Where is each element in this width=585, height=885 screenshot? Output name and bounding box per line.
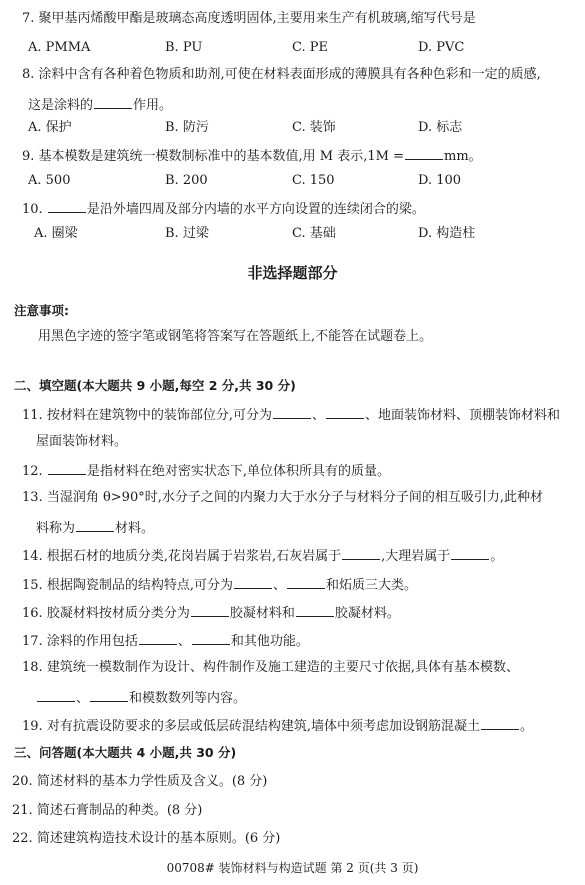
question-14: 14. 根据石材的地质分类,花岗岩属于岩浆岩,石灰岩属于,大理岩属于。 <box>22 547 503 565</box>
question-text: 料称为 <box>36 521 75 536</box>
question-number: 10. <box>22 202 43 217</box>
question-8: 8. 涂料中含有各种着色物质和助剂,可使在材料表面形成的薄膜具有各种色彩和一定的… <box>22 67 541 83</box>
question-number: 12. <box>22 464 43 479</box>
option-d: D. PVC <box>418 40 464 56</box>
question-18: 18. 建筑统一模数制作为设计、构件制作及施工建造的主要尺寸依据,具体有基本模数… <box>22 660 519 676</box>
option-c: C. 150 <box>292 173 335 189</box>
answer-blank <box>192 632 230 645</box>
option-a: A. 保护 <box>28 120 72 136</box>
question-number: 22. <box>12 831 33 846</box>
question-number: 20. <box>12 774 33 789</box>
answer-blank <box>139 632 177 645</box>
answer-blank <box>94 96 132 109</box>
notice-label: 注意事项: <box>14 303 69 319</box>
question-text: 、 <box>76 691 89 706</box>
notice-text: 用黑色字迹的签字笔或钢笔将答案写在答题纸上,不能答在试题卷上。 <box>38 329 432 345</box>
question-number: 19. <box>22 719 43 734</box>
question-number: 14. <box>22 549 43 564</box>
question-text: ,大理岩属于 <box>381 549 450 564</box>
answer-blank <box>48 462 86 475</box>
option-d: D. 标志 <box>418 120 462 136</box>
option-a: A. 500 <box>28 173 70 189</box>
question-text: 当湿润角 θ>90°时,水分子之间的内聚力大于水分子与材料分子间的相互吸引力,此… <box>47 490 543 505</box>
question-number: 7. <box>22 11 34 26</box>
question-text: 是沿外墙四周及部分内墙的水平方向设置的连续闭合的梁。 <box>87 202 425 217</box>
question-text: 、 <box>178 634 191 649</box>
question-text: 、地面装饰材料、顶棚装饰材料和 <box>365 408 560 423</box>
option-d: D. 100 <box>418 173 461 189</box>
option-c: C. PE <box>292 40 328 56</box>
answer-blank <box>451 547 489 560</box>
fill-section-title: 二、填空题(本大题共 9 小题,每空 2 分,共 30 分) <box>14 378 296 394</box>
question-number: 18. <box>22 660 43 675</box>
option-b: B. 过梁 <box>165 226 209 242</box>
question-text: 简述材料的基本力学性质及含义。(8 分) <box>37 774 268 789</box>
question-text: 按材料在建筑物中的装饰部位分,可分为 <box>47 408 272 423</box>
question-22: 22. 简述建筑构造技术设计的基本原则。(6 分) <box>12 831 280 847</box>
question-number: 15. <box>22 578 43 593</box>
question-21: 21. 简述石膏制品的种类。(8 分) <box>12 803 202 819</box>
answer-blank <box>405 147 443 160</box>
answer-blank <box>76 519 114 532</box>
question-19: 19. 对有抗震设防要求的多层或低层砖混结构建筑,墙体中须考虑加设钢筋混凝土。 <box>22 717 533 735</box>
question-text: 胶凝材料按材质分类分为 <box>47 606 190 621</box>
question-text: 和炻质三大类。 <box>326 578 417 593</box>
question-number: 13. <box>22 490 43 505</box>
section-title: 非选择题部分 <box>0 262 585 283</box>
answer-blank <box>234 576 272 589</box>
question-text: 胶凝材料和 <box>230 606 295 621</box>
question-text: mm。 <box>444 149 482 164</box>
question-text: 、 <box>273 578 286 593</box>
question-text: 这是涂料的 <box>28 98 93 113</box>
question-13-continued: 料称为材料。 <box>36 519 154 537</box>
question-12: 12. 是指材料在绝对密实状态下,单位体积所具有的质量。 <box>22 462 390 480</box>
qa-section-title: 三、问答题(本大题共 4 小题,共 30 分) <box>14 745 236 761</box>
question-15: 15. 根据陶瓷制品的结构特点,可分为、和炻质三大类。 <box>22 576 417 594</box>
page-footer: 00708# 装饰材料与构造试题 第 2 页(共 3 页) <box>0 859 585 876</box>
question-text: 和其他功能。 <box>231 634 309 649</box>
answer-blank <box>326 406 364 419</box>
answer-blank <box>342 547 380 560</box>
question-text: 和模数数列等内容。 <box>129 691 246 706</box>
question-11: 11. 按材料在建筑物中的装饰部位分,可分为、、地面装饰材料、顶棚装饰材料和 <box>22 406 560 424</box>
question-text: 、 <box>312 408 325 423</box>
option-b: B. 200 <box>165 173 208 189</box>
question-18-continued: 、和模数数列等内容。 <box>36 689 246 707</box>
option-b: B. 防污 <box>165 120 209 136</box>
question-number: 8. <box>22 67 34 82</box>
question-13: 13. 当湿润角 θ>90°时,水分子之间的内聚力大于水分子与材料分子间的相互吸… <box>22 490 543 506</box>
answer-blank <box>273 406 311 419</box>
question-text: 根据石材的地质分类,花岗岩属于岩浆岩,石灰岩属于 <box>47 549 341 564</box>
question-text: 基本模数是建筑统一模数制标准中的基本数值,用 M 表示,1M = <box>39 149 404 164</box>
question-8-continued: 这是涂料的作用。 <box>28 96 172 114</box>
question-number: 21. <box>12 803 33 818</box>
question-text: 根据陶瓷制品的结构特点,可分为 <box>47 578 233 593</box>
question-text: 涂料中含有各种着色物质和助剂,可使在材料表面形成的薄膜具有各种色彩和一定的质感, <box>39 67 541 82</box>
option-a: A. PMMA <box>28 40 90 56</box>
question-17: 17. 涂料的作用包括、和其他功能。 <box>22 632 309 650</box>
question-9: 9. 基本模数是建筑统一模数制标准中的基本数值,用 M 表示,1M =mm。 <box>22 147 482 165</box>
question-text: 。 <box>490 549 503 564</box>
answer-blank <box>287 576 325 589</box>
question-number: 9. <box>22 149 34 164</box>
answer-blank <box>296 604 334 617</box>
answer-blank <box>481 717 519 730</box>
question-text: 作用。 <box>133 98 172 113</box>
option-d: D. 构造柱 <box>418 226 475 242</box>
question-text: 简述石膏制品的种类。(8 分) <box>37 803 203 818</box>
question-number: 11. <box>22 408 43 423</box>
question-16: 16. 胶凝材料按材质分类分为胶凝材料和胶凝材料。 <box>22 604 400 622</box>
question-11-continued: 屋面装饰材料。 <box>36 434 127 450</box>
answer-blank <box>37 689 75 702</box>
question-text: 聚甲基丙烯酸甲酯是玻璃态高度透明固体,主要用来生产有机玻璃,缩写代号是 <box>39 11 476 26</box>
question-number: 16. <box>22 606 43 621</box>
question-number: 17. <box>22 634 43 649</box>
question-text: 建筑统一模数制作为设计、构件制作及施工建造的主要尺寸依据,具体有基本模数、 <box>47 660 519 675</box>
question-7: 7. 聚甲基丙烯酸甲酯是玻璃态高度透明固体,主要用来生产有机玻璃,缩写代号是 <box>22 11 476 27</box>
option-c: C. 基础 <box>292 226 336 242</box>
question-text: 对有抗震设防要求的多层或低层砖混结构建筑,墙体中须考虑加设钢筋混凝土 <box>47 719 480 734</box>
question-10: 10. 是沿外墙四周及部分内墙的水平方向设置的连续闭合的梁。 <box>22 200 425 218</box>
answer-blank <box>48 200 86 213</box>
question-text: 是指材料在绝对密实状态下,单位体积所具有的质量。 <box>87 464 390 479</box>
question-text: 。 <box>520 719 533 734</box>
option-c: C. 装饰 <box>292 120 336 136</box>
option-b: B. PU <box>165 40 202 56</box>
answer-blank <box>191 604 229 617</box>
option-a: A. 圈梁 <box>34 226 78 242</box>
question-text: 材料。 <box>115 521 154 536</box>
question-text: 胶凝材料。 <box>335 606 400 621</box>
question-20: 20. 简述材料的基本力学性质及含义。(8 分) <box>12 774 267 790</box>
answer-blank <box>90 689 128 702</box>
question-text: 简述建筑构造技术设计的基本原则。(6 分) <box>37 831 281 846</box>
question-text: 涂料的作用包括 <box>47 634 138 649</box>
